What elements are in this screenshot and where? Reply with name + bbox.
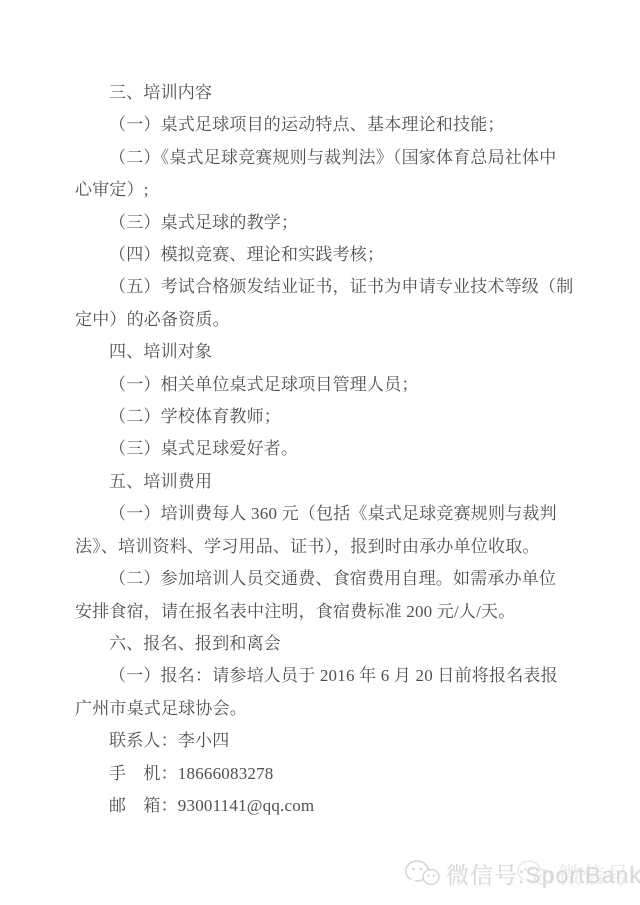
- document-page: 三、培训内容 （一）桌式足球项目的运动特点、基本理论和技能； （二）《桌式足球竞…: [0, 0, 640, 905]
- text-line: （二）学校体育教师；: [75, 401, 585, 433]
- text-line: （四）模拟竞赛、理论和实践考核；: [75, 239, 585, 271]
- section-heading: 三、培训内容: [75, 77, 585, 109]
- text-line: （一）相关单位桌式足球项目管理人员；: [75, 369, 585, 401]
- wechat-icon: [404, 858, 440, 890]
- watermark: 微信号:SportBank 微信号:SportBank: [0, 850, 640, 905]
- text-line: （三）桌式足球的教学；: [75, 207, 585, 239]
- section-heading: 六、报名、报到和离会: [75, 628, 585, 660]
- text-line: 定中）的必备资质。: [75, 304, 585, 336]
- text-line: 广州市桌式足球协会。: [75, 693, 585, 725]
- text-line: 法》、培训资料、学习用品、证书），报到时由承办单位收取。: [75, 531, 585, 563]
- contact-phone-line: 手 机：18666083278: [75, 758, 585, 790]
- document-body: 三、培训内容 （一）桌式足球项目的运动特点、基本理论和技能； （二）《桌式足球竞…: [75, 77, 585, 822]
- text-line: 心审定）;: [75, 174, 585, 206]
- contact-name-line: 联系人：李小四: [75, 725, 585, 757]
- text-line: （二）参加培训人员交通费、食宿费用自理。如需承办单位: [75, 563, 585, 595]
- text-line: （五）考试合格颁发结业证书，证书为申请专业技术等级（制: [75, 271, 585, 303]
- text-line: （三）桌式足球爱好者。: [75, 433, 585, 465]
- section-heading: 五、培训费用: [75, 466, 585, 498]
- text-line: 安排食宿，请在报名表中注明，食宿费标准 200 元/人/天。: [75, 596, 585, 628]
- watermark-main: 微信号:SportBank: [404, 857, 640, 890]
- text-line: （一）培训费每人 360 元（包括《桌式足球竞赛规则与裁判: [75, 498, 585, 530]
- contact-email-line: 邮 箱：93001141@qq.com: [75, 790, 585, 822]
- text-line: （一）桌式足球项目的运动特点、基本理论和技能；: [75, 109, 585, 141]
- text-line: （二）《桌式足球竞赛规则与裁判法》（国家体育总局社体中: [75, 142, 585, 174]
- watermark-text: 微信号:SportBank: [446, 857, 640, 890]
- text-line: （一）报名：请参培人员于 2016 年 6 月 20 日前将报名表报: [75, 660, 585, 692]
- section-heading: 四、培训对象: [75, 336, 585, 368]
